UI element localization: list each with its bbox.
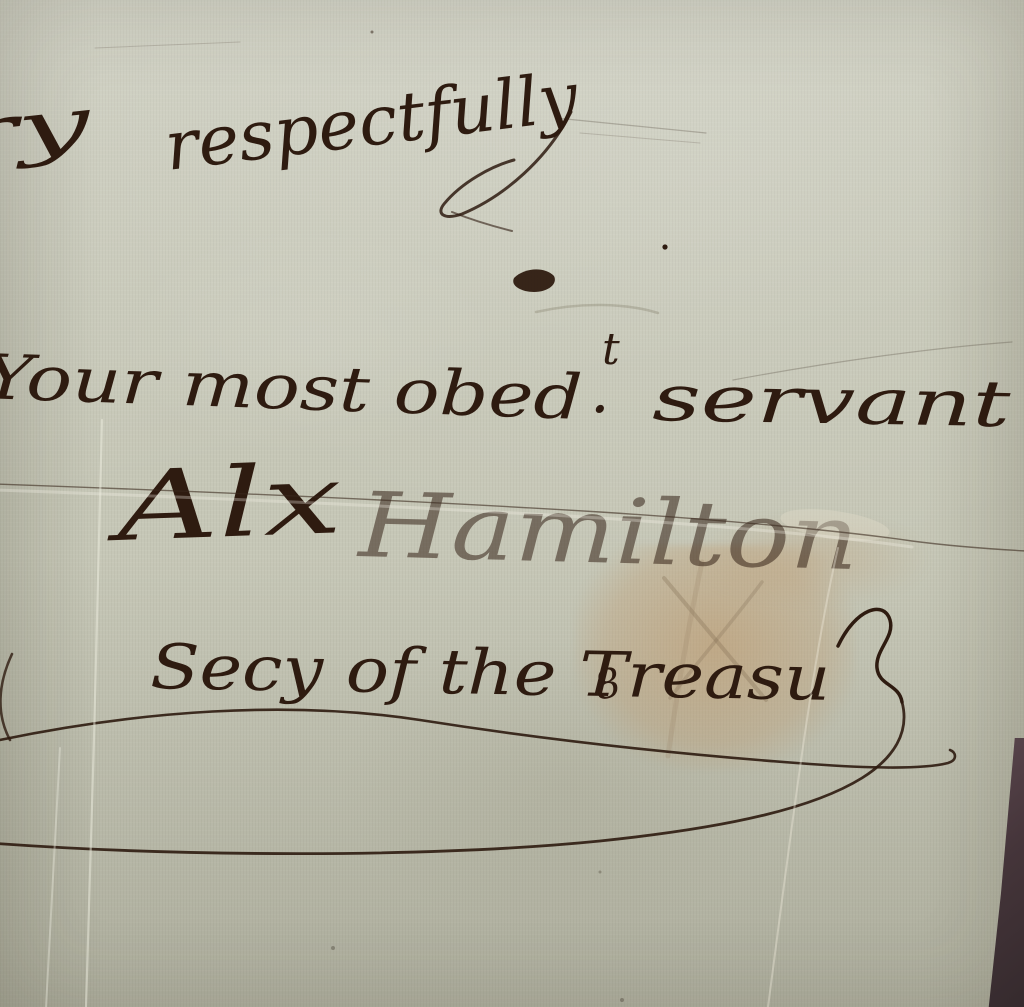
valediction-superscript-text: t bbox=[602, 324, 620, 375]
valediction-pre-text: Your most obed bbox=[0, 340, 584, 434]
descender-flourish-tail bbox=[452, 212, 512, 231]
signature: Alx Hamilton bbox=[103, 443, 891, 591]
closing-line: ry respectfully bbox=[0, 58, 584, 231]
paper-specks bbox=[331, 871, 624, 1003]
letter-photograph: 8 ry respectfully Your most obed . t ser… bbox=[0, 0, 1024, 1007]
valediction-line: Your most obed . t servant bbox=[0, 324, 1011, 442]
closing-fragment-text: ry bbox=[0, 81, 97, 177]
handwriting-layer: 8 ry respectfully Your most obed . t ser… bbox=[0, 0, 1024, 1007]
closing-word-text: respectfully bbox=[160, 58, 583, 187]
ink-tick-mark bbox=[513, 269, 555, 292]
valediction-post-text: servant bbox=[652, 362, 1012, 442]
flourish-left-curl bbox=[0, 654, 12, 740]
office-line: Secy of the Treasu bbox=[150, 609, 902, 714]
flourish-upper-strand bbox=[0, 710, 955, 768]
ink-dot bbox=[662, 244, 667, 249]
office-text: Secy of the Treasu bbox=[150, 630, 831, 715]
ink-speck bbox=[371, 31, 374, 34]
office-ry-squiggle bbox=[838, 609, 902, 702]
